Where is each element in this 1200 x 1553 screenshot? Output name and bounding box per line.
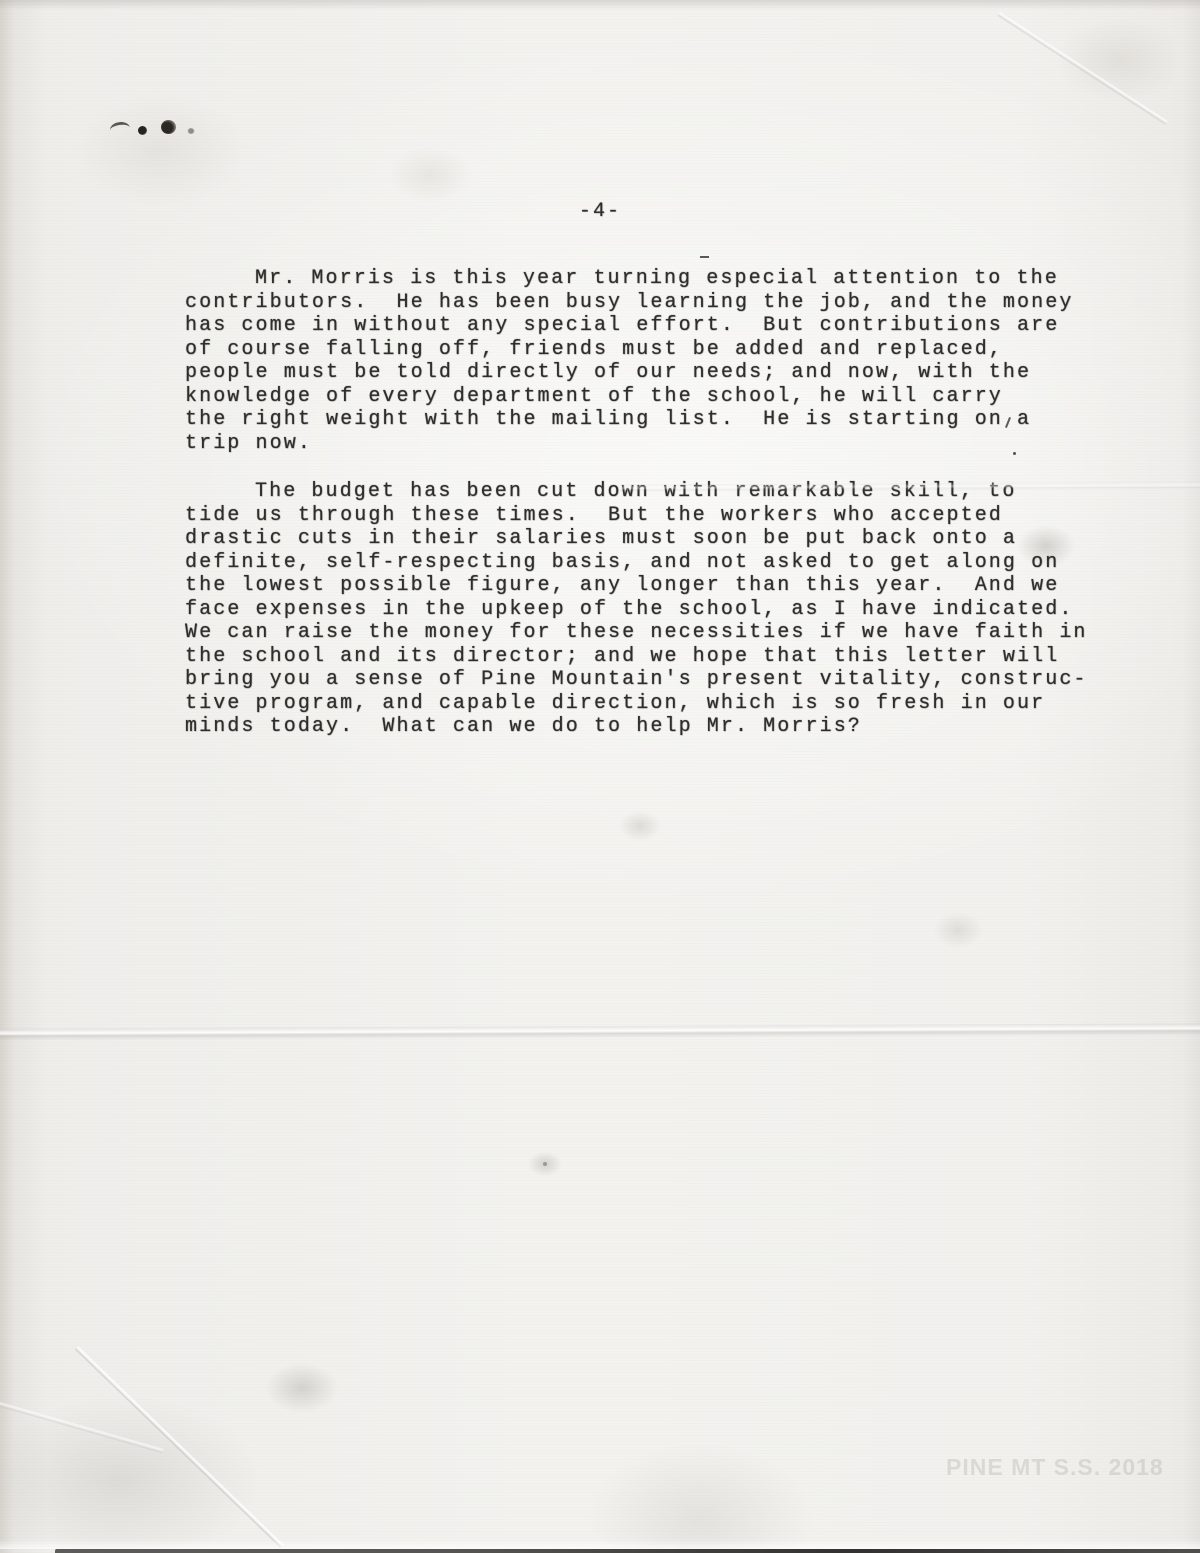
ink-smudge-dot <box>187 128 195 134</box>
typed-line: tide us through these times. But the wor… <box>185 504 1088 528</box>
ink-speck <box>700 256 709 258</box>
typed-line: the right weight with the mailing list. … <box>185 408 1088 432</box>
typed-line: minds today. What can we do to help Mr. … <box>185 715 1088 739</box>
corner-crease <box>997 12 1167 125</box>
horizontal-fold-crease <box>0 1023 1200 1040</box>
paragraph-2: The budget has been cut down with remark… <box>185 480 1088 739</box>
typed-line: the school and its director; and we hope… <box>185 645 1088 669</box>
typed-line: contributors. He has been busy learning … <box>185 291 1088 315</box>
typed-line: bring you a sense of Pine Mountain's pre… <box>185 668 1088 692</box>
typed-line: The budget has been cut down with remark… <box>185 480 1088 504</box>
scanned-letter-page: -4- Mr. Morris is this year turning espe… <box>0 0 1200 1553</box>
letter-body: Mr. Morris is this year turning especial… <box>185 267 1088 739</box>
typed-line: knowledge of every department of the sch… <box>185 385 1088 409</box>
corner-crease <box>0 1402 163 1454</box>
paper-edge-highlight <box>0 1539 1200 1549</box>
typed-line: We can raise the money for these necessi… <box>185 621 1088 645</box>
ink-speck <box>543 1162 547 1166</box>
paper-edge-shadow <box>55 1549 1200 1553</box>
paragraph-1: Mr. Morris is this year turning especial… <box>185 267 1088 455</box>
typed-line: face expenses in the upkeep of the schoo… <box>185 598 1088 622</box>
corner-crease <box>75 1346 284 1548</box>
ink-speck <box>1013 452 1016 455</box>
typed-line: Mr. Morris is this year turning especial… <box>185 267 1088 291</box>
ink-smudge-arc <box>109 121 131 138</box>
typed-line: has come in without any special effort. … <box>185 314 1088 338</box>
ink-speck <box>840 398 843 401</box>
typed-line: of course falling off, friends must be a… <box>185 338 1088 362</box>
page-number: -4- <box>0 200 1200 223</box>
typed-line: trip now. <box>185 432 1088 456</box>
ink-smudge-dot <box>138 126 147 135</box>
watermark: PINE MT S.S. 2018 <box>946 1454 1164 1481</box>
ink-smudge-dot <box>161 120 176 134</box>
typed-line: people must be told directly of our need… <box>185 361 1088 385</box>
typed-line: the lowest possible figure, any longer t… <box>185 574 1088 598</box>
typed-line: tive program, and capable direction, whi… <box>185 692 1088 716</box>
typed-line: drastic cuts in their salaries must soon… <box>185 527 1088 551</box>
typed-line: definite, self-respecting basis, and not… <box>185 551 1088 575</box>
